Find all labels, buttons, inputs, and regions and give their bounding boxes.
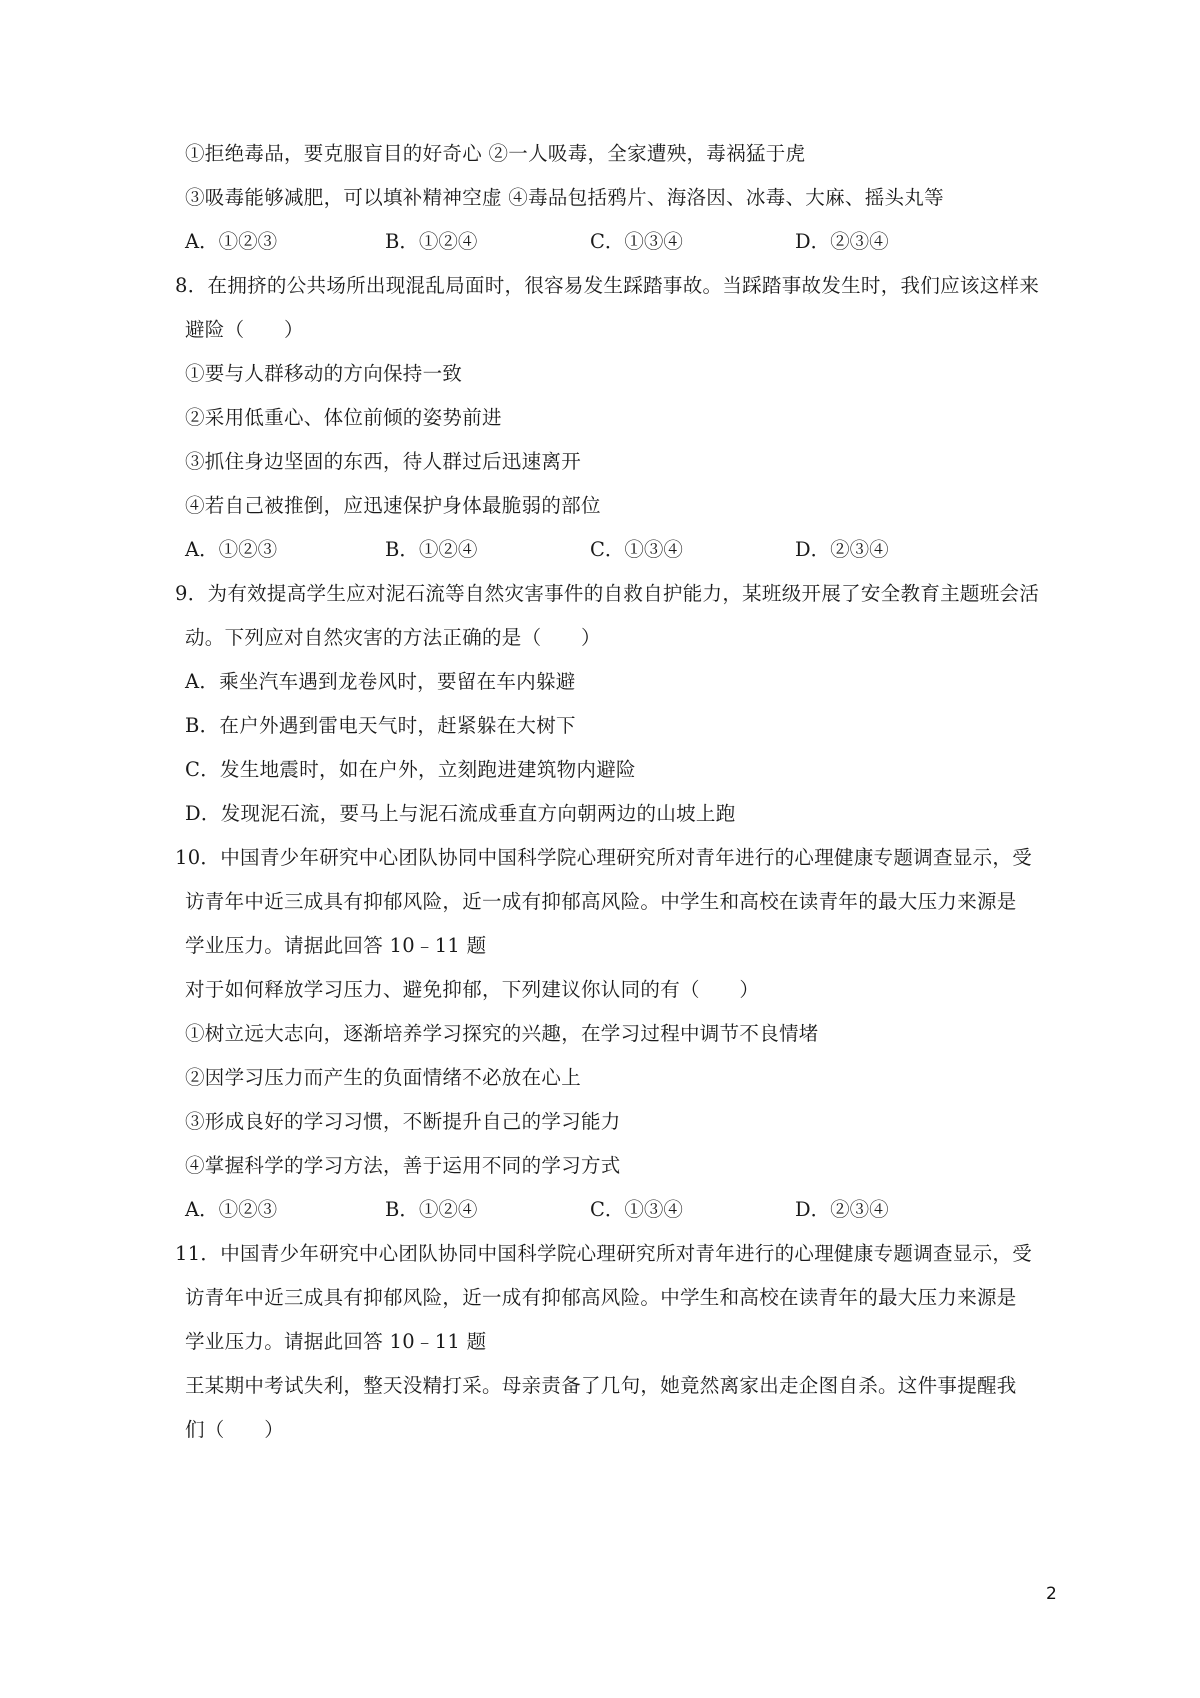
- option-letter: A．: [185, 1198, 219, 1221]
- q10-option-a[interactable]: A．①②③: [185, 1198, 277, 1222]
- q11-stem-text: 中国青少年研究中心团队协同中国科学院心理研究所对青年进行的心理健康专题调查显示，…: [220, 1242, 1032, 1265]
- q10-statement-3: ③形成良好的学习习惯，不断提升自己的学习能力: [185, 1110, 621, 1134]
- q8-statement-1: ①要与人群移动的方向保持一致: [185, 362, 462, 386]
- q7-option-c[interactable]: C．①③④: [590, 230, 683, 254]
- option-letter: D．: [795, 538, 830, 561]
- option-text: ①②③: [219, 1198, 278, 1221]
- q11-prompt-line1: 王某期中考试失利，整天没精打采。母亲责备了几句，她竟然离家出走企图自杀。这件事提…: [185, 1374, 1017, 1398]
- q10-number: 10．: [175, 846, 220, 869]
- option-letter: B．: [385, 230, 419, 253]
- q7-option-d[interactable]: D．②③④: [795, 230, 889, 254]
- option-letter: B．: [385, 1198, 419, 1221]
- q8-statement-4: ④若自己被推倒，应迅速保护身体最脆弱的部位: [185, 494, 601, 518]
- q10-stem-line3: 学业压力。请据此回答 10﹣11 题: [185, 934, 486, 958]
- q10-statement-1: ①树立远大志向，逐渐培养学习探究的兴趣，在学习过程中调节不良情堵: [185, 1022, 819, 1046]
- q8-stem-line2: 避险（ ）: [185, 318, 304, 342]
- q11-number: 11．: [175, 1242, 220, 1265]
- option-text: ②③④: [830, 230, 889, 253]
- q9-choice-a[interactable]: A．乘坐汽车遇到龙卷风时，要留在车内躲避: [185, 670, 576, 694]
- q10-stem-text: 中国青少年研究中心团队协同中国科学院心理研究所对青年进行的心理健康专题调查显示，…: [220, 846, 1032, 869]
- q9-stem-line2: 动。下列应对自然灾害的方法正确的是（ ）: [185, 626, 601, 650]
- option-letter: C．: [590, 1198, 624, 1221]
- option-text: ①②④: [419, 1198, 478, 1221]
- q10-statement-4: ④掌握科学的学习方法，善于运用不同的学习方式: [185, 1154, 621, 1178]
- page-number: 2: [1046, 1584, 1057, 1604]
- q8-option-b[interactable]: B．①②④: [385, 538, 477, 562]
- option-text: ②③④: [830, 538, 889, 561]
- option-letter: D．: [795, 1198, 830, 1221]
- q9-choice-b[interactable]: B．在户外遇到雷电天气时，赶紧躲在大树下: [185, 714, 576, 738]
- q9-number: 9．: [175, 582, 208, 605]
- option-text: ②③④: [830, 1198, 889, 1221]
- q8-number: 8．: [175, 274, 208, 297]
- q10-prompt: 对于如何释放学习压力、避免抑郁，下列建议你认同的有（ ）: [185, 978, 759, 1002]
- q11-stem-line3: 学业压力。请据此回答 10﹣11 题: [185, 1330, 486, 1354]
- q11-prompt-line2: 们（ ）: [185, 1418, 284, 1442]
- option-text: ①②④: [419, 538, 478, 561]
- q10-option-b[interactable]: B．①②④: [385, 1198, 477, 1222]
- option-text: ①②③: [219, 230, 278, 253]
- q7-statements-line1: ①拒绝毒品，要克服盲目的好奇心 ②一人吸毒，全家遭殃，毒祸猛于虎: [185, 142, 805, 166]
- option-letter: A．: [185, 538, 219, 561]
- q10-option-d[interactable]: D．②③④: [795, 1198, 889, 1222]
- option-text: ①③④: [624, 538, 683, 561]
- q9-stem-text: 为有效提高学生应对泥石流等自然灾害事件的自救自护能力，某班级开展了安全教育主题班…: [208, 582, 1040, 605]
- option-letter: B．: [385, 538, 419, 561]
- q10-stem-line1: 10．中国青少年研究中心团队协同中国科学院心理研究所对青年进行的心理健康专题调查…: [175, 846, 1032, 870]
- q7-statements-line2: ③吸毒能够减肥，可以填补精神空虚 ④毒品包括鸦片、海洛因、冰毒、大麻、摇头丸等: [185, 186, 944, 210]
- q8-option-a[interactable]: A．①②③: [185, 538, 277, 562]
- option-text: ①②③: [219, 538, 278, 561]
- q10-option-c[interactable]: C．①③④: [590, 1198, 683, 1222]
- option-letter: A．: [185, 230, 219, 253]
- option-text: ①③④: [624, 1198, 683, 1221]
- q11-stem-line2: 访青年中近三成具有抑郁风险，近一成有抑郁高风险。中学生和高校在读青年的最大压力来…: [185, 1286, 1017, 1310]
- q8-statement-3: ③抓住身边坚固的东西，待人群过后迅速离开: [185, 450, 581, 474]
- q9-choice-d[interactable]: D．发现泥石流，要马上与泥石流成垂直方向朝两边的山坡上跑: [185, 802, 736, 826]
- q8-stem-line1: 8．在拥挤的公共场所出现混乱局面时，很容易发生踩踏事故。当踩踏事故发生时，我们应…: [175, 274, 1039, 298]
- option-letter: D．: [795, 230, 830, 253]
- q9-stem-line1: 9．为有效提高学生应对泥石流等自然灾害事件的自救自护能力，某班级开展了安全教育主…: [175, 582, 1039, 606]
- q8-option-d[interactable]: D．②③④: [795, 538, 889, 562]
- q8-stem-text: 在拥挤的公共场所出现混乱局面时，很容易发生踩踏事故。当踩踏事故发生时，我们应该这…: [208, 274, 1040, 297]
- q8-option-c[interactable]: C．①③④: [590, 538, 683, 562]
- q8-statement-2: ②采用低重心、体位前倾的姿势前进: [185, 406, 502, 430]
- option-letter: C．: [590, 538, 624, 561]
- q10-statement-2: ②因学习压力而产生的负面情绪不必放在心上: [185, 1066, 581, 1090]
- exam-page: ①拒绝毒品，要克服盲目的好奇心 ②一人吸毒，全家遭殃，毒祸猛于虎 ③吸毒能够减肥…: [0, 0, 1200, 1698]
- q9-choice-c[interactable]: C．发生地震时，如在户外，立刻跑进建筑物内避险: [185, 758, 636, 782]
- q10-stem-line2: 访青年中近三成具有抑郁风险，近一成有抑郁高风险。中学生和高校在读青年的最大压力来…: [185, 890, 1017, 914]
- q11-stem-line1: 11．中国青少年研究中心团队协同中国科学院心理研究所对青年进行的心理健康专题调查…: [175, 1242, 1032, 1266]
- q7-option-a[interactable]: A．①②③: [185, 230, 277, 254]
- option-text: ①②④: [419, 230, 478, 253]
- option-text: ①③④: [624, 230, 683, 253]
- option-letter: C．: [590, 230, 624, 253]
- q7-option-b[interactable]: B．①②④: [385, 230, 477, 254]
